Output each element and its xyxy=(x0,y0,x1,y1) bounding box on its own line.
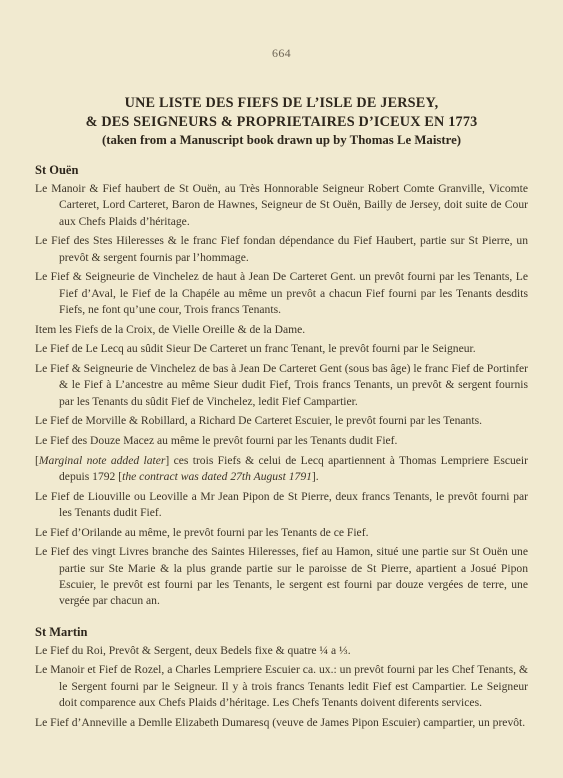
fief-entry: Le Fief de Liouville ou Leoville a Mr Je… xyxy=(35,489,528,522)
fief-entry: Le Fief des Douze Macez au même le prevô… xyxy=(35,433,528,449)
fief-entry: Le Fief des Stes Hileresses & le franc F… xyxy=(35,233,528,266)
fief-entry: Le Fief & Seigneurie de Vinchelez de hau… xyxy=(35,269,528,318)
document-page: 664 UNE LISTE DES FIEFS DE L’ISLE DE JER… xyxy=(0,0,563,778)
subtitle: (taken from a Manuscript book drawn up b… xyxy=(0,132,563,149)
fief-entry: Le Fief & Seigneurie de Vinchelez de bas… xyxy=(35,361,528,410)
title-line-2: & DES SEIGNEURS & PROPRIETAIRES D’ICEUX … xyxy=(0,113,563,132)
fief-entry: Le Fief du Roi, Prevôt & Sergent, deux B… xyxy=(35,643,528,659)
fief-entry: Item les Fiefs de la Croix, de Vielle Or… xyxy=(35,322,528,338)
fief-entry: Le Fief d’Anneville a Demlle Elizabeth D… xyxy=(35,715,528,731)
fief-entry: Le Fief de Le Lecq au sûdit Sieur De Car… xyxy=(35,341,528,357)
marginal-note-label: Marginal note added later xyxy=(39,454,166,467)
section-heading: St Martin xyxy=(35,624,528,641)
fief-entry: Le Fief de Morville & Robillard, a Richa… xyxy=(35,413,528,429)
section-heading: St Ouën xyxy=(35,162,528,179)
title-block: UNE LISTE DES FIEFS DE L’ISLE DE JERSEY,… xyxy=(0,94,563,149)
fief-entry: Le Manoir & Fief haubert de St Ouën, au … xyxy=(35,181,528,230)
marginal-note-entry: [Marginal note added later] ces trois Fi… xyxy=(35,453,528,486)
marginal-note-italic: the contract was dated 27th August 1791 xyxy=(122,470,312,483)
page-number: 664 xyxy=(0,46,563,61)
fief-entry: Le Fief des vingt Livres branche des Sai… xyxy=(35,544,528,610)
marginal-note-end: ]. xyxy=(312,470,319,483)
title-line-1: UNE LISTE DES FIEFS DE L’ISLE DE JERSEY, xyxy=(0,94,563,113)
document-body: St Ouën Le Manoir & Fief haubert de St O… xyxy=(35,162,528,734)
fief-entry: Le Fief d’Orilande au même, le prevôt fo… xyxy=(35,525,528,541)
fief-entry: Le Manoir et Fief de Rozel, a Charles Le… xyxy=(35,662,528,711)
section-st-ouen: St Ouën Le Manoir & Fief haubert de St O… xyxy=(35,162,528,610)
section-st-martin: St Martin Le Fief du Roi, Prevôt & Serge… xyxy=(35,624,528,731)
